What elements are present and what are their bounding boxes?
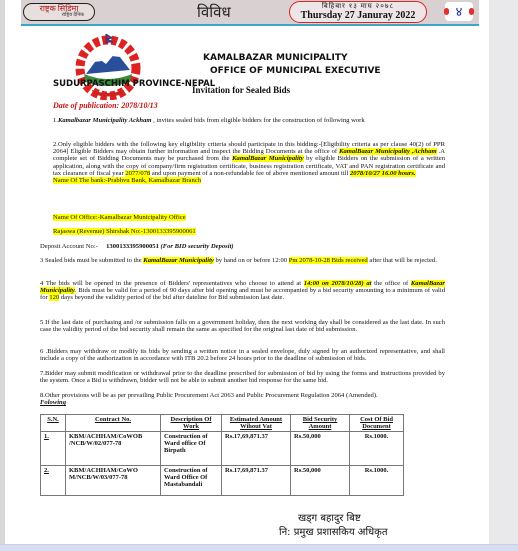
col-bid-security: Bid Security Amount bbox=[291, 415, 350, 432]
cell-sn: 2. bbox=[41, 466, 66, 496]
col-description: Description Of Work bbox=[161, 415, 222, 432]
paragraph-1: 1.Kamalbazar Municipality Ackham , invit… bbox=[53, 117, 445, 124]
revenue-line: Rajaswa (Revenue) Shirshak No:-130013339… bbox=[53, 228, 445, 235]
page-number-badge: ४ bbox=[445, 2, 473, 21]
col-document-cost: Cost Of Bid Document bbox=[350, 415, 404, 432]
cell-document-cost: Rs.1000. bbox=[350, 466, 404, 496]
bank-name: Name Of The bank:-Prabhvu Bank, Kamalbaz… bbox=[53, 177, 201, 184]
cell-estimated-amount: Rs.17,69,871.37 bbox=[222, 466, 291, 496]
deposit-label: Deposit Account No:- bbox=[40, 243, 98, 250]
cell-description: Construction of Ward office Of Birpath bbox=[161, 432, 222, 466]
signatory-name: खड्ग बहादुर बिष्ट bbox=[298, 510, 361, 524]
cell-sn: 1. bbox=[41, 432, 66, 466]
date-english: Thursday 27 Januray 2022 bbox=[290, 10, 426, 21]
p3-text-a: 3 Sealed bids must be submitted to the bbox=[40, 257, 143, 264]
cell-description: Construction of Ward Office Of Mastaband… bbox=[161, 466, 222, 496]
newspaper-masthead: राष्ट्रक सिडिमा राष्ट्रिय दैनिक bbox=[23, 3, 95, 21]
col-contract-no: Contract No. bbox=[66, 415, 161, 432]
viewer-bottom-bar bbox=[0, 544, 518, 551]
p4-text-a: 4 The bids will be opened in the presenc… bbox=[40, 280, 304, 287]
date-nepali: बिहिबार १३ माघ २०७८ bbox=[290, 2, 426, 10]
p2-text-d: and upon payment of a non-refundable fee… bbox=[150, 170, 350, 177]
paragraph-6: 6 .Bidders may withdraw or modify its bi… bbox=[40, 348, 445, 362]
cell-document-cost: Rs.1000. bbox=[350, 432, 404, 466]
notice-title: Invitation for Sealed Bids bbox=[192, 85, 290, 95]
paragraph-3: 3 Sealed bids must be submitted to the K… bbox=[40, 257, 445, 264]
p3-entity: KamalBazar Municipality bbox=[143, 257, 214, 264]
p2-deadline: 2078/10/27 16.00 hours. bbox=[350, 170, 416, 177]
p2-entity-2: KamalBazar Municipality bbox=[232, 155, 303, 162]
masthead-sublabel: राष्ट्रिय दैनिक bbox=[24, 13, 94, 18]
office-name-line: Name Of Office:-Kamalbazar Municipality … bbox=[53, 214, 186, 221]
newspaper-header: राष्ट्रक सिडिमा राष्ट्रिय दैनिक विविध बि… bbox=[21, 0, 479, 26]
cell-bid-security: Rs.50,000 bbox=[291, 432, 350, 466]
paragraph-5: 5 If the last date of purchasing and /or… bbox=[40, 319, 445, 333]
p2-entity-1: KamalBazar Municipality ,Achham bbox=[339, 148, 437, 155]
p3-deadline: Pm 2078-10-28 Bids received bbox=[289, 257, 368, 264]
paragraph-7: 7.Bidder may submit modification or with… bbox=[40, 370, 445, 384]
deposit-number: 1300133395900051 bbox=[106, 243, 159, 250]
revenue-number: Rajaswa (Revenue) Shirshak No:-130013339… bbox=[53, 228, 196, 235]
table-row: 1. KBM/ACHHAM/CoWOB /NCB/W/02/077-78 Con… bbox=[41, 432, 404, 466]
paragraph-8: 8.Other provisions will be as per prevai… bbox=[40, 392, 445, 399]
p1-entity: Kamalbazar Municipality Ackham bbox=[58, 117, 152, 124]
deposit-note: (For BID security Deposit) bbox=[161, 243, 234, 250]
p4-days: 120 bbox=[49, 294, 59, 301]
col-estimated-amount: Estimated Amount Wihout Vat bbox=[222, 415, 291, 432]
table-row: 2. KBM/ACHHAM/CoWO M/NCB/W/03/077-78 Con… bbox=[41, 466, 404, 496]
cell-estimated-amount: Rs.17,69,871.37 bbox=[222, 432, 291, 466]
contracts-table: S.N. Contract No. Description Of Work Es… bbox=[40, 414, 404, 496]
paragraph-4: 4 The bids will be opened in the presenc… bbox=[40, 280, 445, 302]
p4-opening-time: 14:00 on 2078/10/28) at bbox=[304, 280, 372, 287]
table-header-row: S.N. Contract No. Description Of Work Es… bbox=[41, 415, 404, 432]
cell-bid-security: Rs.50,000 bbox=[291, 466, 350, 496]
publication-date: Date of publication: 2078/10/13 bbox=[53, 101, 158, 110]
municipality-name: KAMALBAZAR MUNICIPALITY bbox=[203, 53, 348, 63]
p2-fiscal-year: 2077/078 bbox=[125, 170, 150, 177]
masthead-label: राष्ट्रक सिडिमा bbox=[40, 4, 79, 13]
section-title: विविध bbox=[197, 2, 231, 22]
p1-text: , invites sealed bids from eligible bidd… bbox=[152, 117, 365, 124]
office-name: OFFICE OF MUNICIPAL EXECUTIVE bbox=[210, 66, 381, 76]
deposit-line: Deposit Account No:- 1300133395900051 (F… bbox=[40, 243, 432, 250]
office-line: Name Of Office:-Kamalbazar Municipality … bbox=[53, 214, 445, 221]
province-name: SUDURPASCHIM PROVINCE-NEPAL bbox=[53, 79, 215, 89]
date-box: बिहिबार १३ माघ २०७८ Thursday 27 Januray … bbox=[289, 1, 427, 23]
cell-contract-no: KBM/ACHHAM/CoWOB /NCB/W/02/077-78 bbox=[66, 432, 161, 466]
p3-text-c: after that will be rejected. bbox=[368, 257, 437, 264]
p3-text-b: by hand on or before 12:00 bbox=[214, 257, 289, 264]
nepal-emblem-icon bbox=[68, 30, 148, 100]
following-label: Folowing bbox=[40, 399, 100, 406]
p4-text-b: the office of bbox=[371, 280, 410, 287]
p4-text-d: days beyond the validity period of the b… bbox=[59, 294, 284, 301]
paragraph-2: 2.Only eligible bidders with the followi… bbox=[53, 141, 445, 184]
cell-contract-no: KBM/ACHHAM/CoWO M/NCB/W/03/077-78 bbox=[66, 466, 161, 496]
col-sn: S.N. bbox=[41, 415, 66, 432]
signatory-title: नि: प्रमुख प्रशासकिय अधिकृत bbox=[279, 524, 388, 538]
